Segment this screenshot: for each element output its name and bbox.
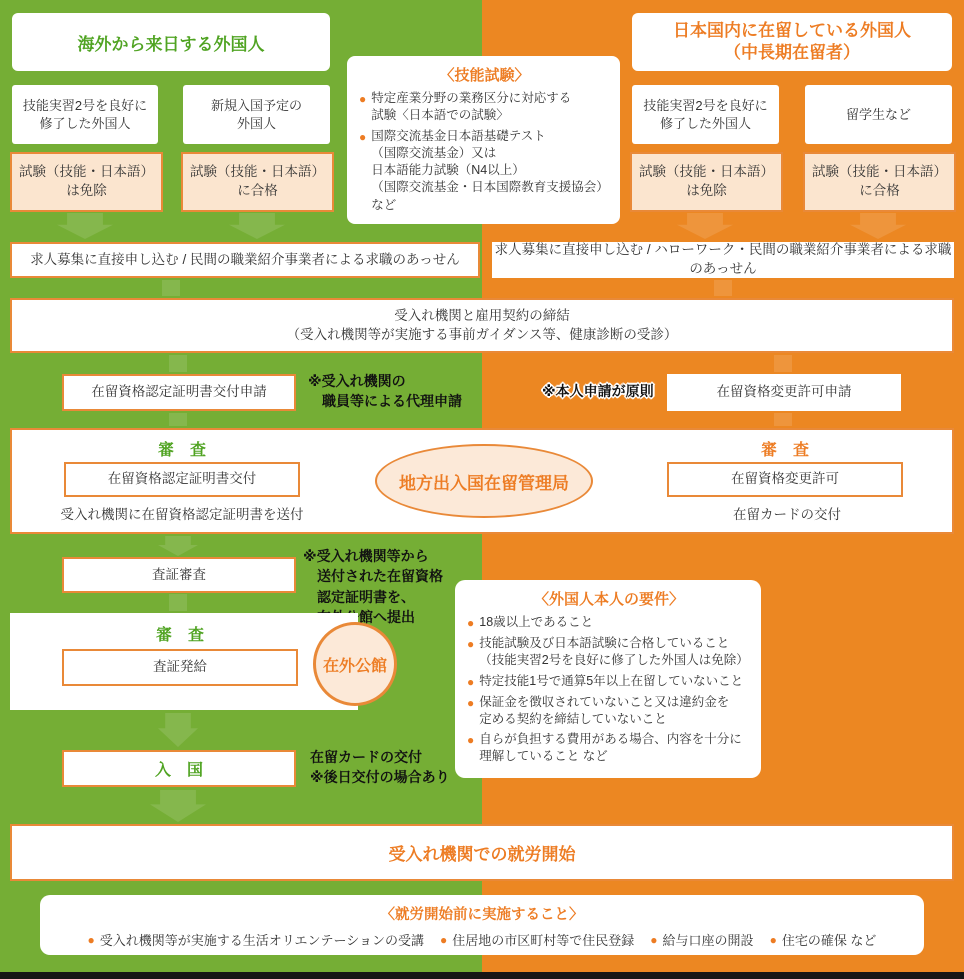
bullet-icon: ●	[440, 931, 447, 949]
pre-work-checklist: 〈就労開始前に実施すること〉 ●受入れ機関等が実施する生活オリエンテーションの受…	[40, 895, 924, 955]
embassy-review-panel: 審 査 査証発給	[10, 613, 358, 710]
bullet-icon: ●	[467, 731, 474, 749]
embassy-circle-label: 在外公館	[323, 653, 387, 676]
overseas-source-new-entrant-label: 新規入国予定の 外国人	[211, 97, 302, 132]
pre-work-item: ●給与口座の開設	[650, 930, 753, 949]
bullet-icon: ●	[467, 694, 474, 712]
self-application-note-label: ※本人申請が原則	[542, 383, 654, 399]
embassy-review-label: 審 査	[62, 622, 298, 645]
embassy-circle: 在外公館	[313, 622, 397, 706]
bullet-icon: ●	[467, 635, 474, 653]
requirement-item: ●18歳以上であること	[467, 614, 751, 632]
pre-work-item-label: 住宅の確保 など	[782, 930, 877, 949]
coe-application: 在留資格認定証明書交付申請	[62, 374, 296, 411]
coe-application-note: ※受入れ機関の 職員等による代理申請	[308, 371, 508, 412]
pre-work-item: ●住宅の確保 など	[770, 930, 877, 949]
skill-exam-title: 〈技能試験〉	[359, 64, 610, 85]
domestic-job-application: 求人募集に直接申し込む / ハローワーク・民間の職業紹介事業者による求職のあっせ…	[492, 242, 954, 278]
coe-issuance: 在留資格認定証明書交付	[64, 462, 300, 497]
requirement-item-label: 保証金を徴収されていないこと又は違約金を 定める契約を締結していないこと	[479, 694, 729, 729]
immigration-office-ellipse: 地方出入国在留管理局	[375, 444, 593, 518]
coe-application-note-label: ※受入れ機関の 職員等による代理申請	[308, 373, 462, 409]
domestic-source-technical-intern: 技能実習2号を良好に 修了した外国人	[632, 85, 779, 144]
overseas-header-label: 海外から来日する外国人	[78, 30, 265, 55]
overseas-source-technical-intern-label: 技能実習2号を良好に 修了した外国人	[23, 97, 147, 132]
overseas-job-application-label: 求人募集に直接申し込む / 民間の職業紹介事業者による求職のあっせん	[30, 251, 460, 270]
specified-skilled-worker-flowchart: 海外から来日する外国人 技能実習2号を良好に 修了した外国人 新規入国予定の 外…	[0, 0, 964, 979]
self-application-note: ※本人申請が原則	[542, 381, 654, 401]
flow-connector	[714, 280, 732, 296]
skill-exam-item: ●国際交流基金日本語基礎テスト （国際交流基金）又は 日本語能力試験（N4以上）…	[359, 128, 610, 214]
flow-connector	[774, 413, 792, 426]
overseas-source-technical-intern: 技能実習2号を良好に 修了した外国人	[12, 85, 158, 144]
overseas-exam-exempt: 試験（技能・日本語） は免除	[10, 152, 163, 212]
flow-connector	[169, 594, 187, 611]
domestic-source-technical-intern-label: 技能実習2号を良好に 修了した外国人	[643, 97, 767, 132]
employment-contract-label: 受入れ機関と雇用契約の締結 （受入れ機関等が実施する事前ガイダンス等、健康診断の…	[287, 307, 678, 345]
pre-work-item: ●受入れ機関等が実施する生活オリエンテーションの受講	[88, 930, 424, 949]
work-start-label: 受入れ機関での就労開始	[389, 840, 576, 865]
domestic-source-student: 留学生など	[805, 85, 952, 144]
immigration-review-panel: 審 査 在留資格認定証明書交付 受入れ機関に在留資格認定証明書を送付 地方出入国…	[10, 428, 954, 534]
flow-connector	[169, 413, 187, 426]
visa-examination: 査証審査	[62, 557, 296, 593]
requirement-item-label: 特定技能1号で通算5年以上在留していないこと	[479, 673, 743, 690]
skill-exam-item: ●特定産業分野の業務区分に対応する 試験〈日本語での試験〉	[359, 90, 610, 125]
domestic-header: 日本国内に在留している外国人 （中長期在留者）	[632, 13, 952, 71]
skill-exam-item-label: 国際交流基金日本語基礎テスト （国際交流基金）又は 日本語能力試験（N4以上） …	[371, 128, 610, 214]
overseas-exam-pass: 試験（技能・日本語） に合格	[181, 152, 334, 212]
domestic-exam-pass-label: 試験（技能・日本語） に合格	[812, 163, 947, 201]
requirement-item: ●特定技能1号で通算5年以上在留していないこと	[467, 673, 751, 691]
bullet-icon: ●	[467, 614, 474, 632]
pre-work-item: ●住居地の市区町村等で住民登録	[440, 930, 634, 949]
pre-work-item-label: 住居地の市区町村等で住民登録	[452, 930, 634, 949]
work-start-box: 受入れ機関での就労開始	[10, 824, 954, 881]
domestic-header-label: 日本国内に在留している外国人 （中長期在留者）	[673, 20, 911, 64]
bullet-icon: ●	[770, 931, 777, 949]
status-change-permit-label: 在留資格変更許可	[731, 470, 839, 489]
overseas-header: 海外から来日する外国人	[12, 13, 330, 71]
flow-connector	[162, 280, 180, 296]
bullet-icon: ●	[359, 90, 366, 108]
overseas-exam-pass-label: 試験（技能・日本語） に合格	[190, 163, 325, 201]
bullet-icon: ●	[467, 673, 474, 691]
overseas-exam-exempt-label: 試験（技能・日本語） は免除	[19, 163, 154, 201]
pre-work-title: 〈就労開始前に実施すること〉	[40, 903, 924, 924]
visa-issuance-label: 査証発給	[153, 658, 207, 677]
bullet-icon: ●	[359, 128, 366, 146]
status-change-application: 在留資格変更許可申請	[667, 374, 901, 411]
requirement-item-label: 技能試験及び日本語試験に合格していること （技能実習2号を良好に修了した外国人は…	[479, 635, 748, 670]
flow-connector	[169, 355, 187, 372]
status-change-permit: 在留資格変更許可	[667, 462, 903, 497]
entry-box-label: 入 国	[155, 757, 203, 780]
status-change-application-label: 在留資格変更許可申請	[717, 383, 852, 402]
coe-issuance-label: 在留資格認定証明書交付	[108, 470, 257, 489]
overseas-source-new-entrant: 新規入国予定の 外国人	[183, 85, 330, 144]
domestic-exam-exempt: 試験（技能・日本語） は免除	[630, 152, 783, 212]
entry-note-label: 在留カードの交付 ※後日交付の場合あり	[310, 749, 450, 785]
requirement-item: ●技能試験及び日本語試験に合格していること （技能実習2号を良好に修了した外国人…	[467, 635, 751, 670]
domestic-exam-exempt-label: 試験（技能・日本語） は免除	[639, 163, 774, 201]
requirement-item-label: 18歳以上であること	[479, 614, 593, 631]
requirement-item: ●自らが負担する費用がある場合、内容を十分に 理解していること など	[467, 731, 751, 766]
immigration-office-label: 地方出入国在留管理局	[399, 469, 569, 494]
visa-issuance: 査証発給	[62, 649, 298, 686]
entry-box: 入 国	[62, 750, 296, 787]
domestic-job-application-label: 求人募集に直接申し込む / ハローワーク・民間の職業紹介事業者による求職のあっせ…	[492, 241, 954, 279]
overseas-review-label: 審 査	[64, 437, 300, 460]
skill-exam-callout: 〈技能試験〉 ●特定産業分野の業務区分に対応する 試験〈日本語での試験〉 ●国際…	[347, 56, 620, 224]
visa-examination-label: 査証審査	[152, 566, 206, 585]
coe-sent-note: 受入れ機関に在留資格認定証明書を送付	[22, 506, 342, 525]
coe-application-label: 在留資格認定証明書交付申請	[91, 383, 267, 402]
domestic-source-student-label: 留学生など	[846, 106, 911, 124]
flow-connector	[774, 355, 792, 372]
bottom-divider	[0, 972, 964, 979]
requirement-item: ●保証金を徴収されていないこと又は違約金を 定める契約を締結していないこと	[467, 694, 751, 729]
domestic-review-label: 審 査	[667, 437, 903, 460]
requirement-item-label: 自らが負担する費用がある場合、内容を十分に 理解していること など	[479, 731, 742, 766]
employment-contract: 受入れ機関と雇用契約の締結 （受入れ機関等が実施する事前ガイダンス等、健康診断の…	[10, 298, 954, 353]
requirements-title: 〈外国人本人の要件〉	[467, 588, 751, 609]
bullet-icon: ●	[650, 931, 657, 949]
overseas-job-application: 求人募集に直接申し込む / 民間の職業紹介事業者による求職のあっせん	[10, 242, 480, 278]
requirements-callout: 〈外国人本人の要件〉 ●18歳以上であること ●技能試験及び日本語試験に合格して…	[455, 580, 761, 778]
pre-work-item-label: 受入れ機関等が実施する生活オリエンテーションの受講	[100, 930, 424, 949]
residence-card-issued-note: 在留カードの交付	[627, 506, 947, 525]
domestic-exam-pass: 試験（技能・日本語） に合格	[803, 152, 956, 212]
bullet-icon: ●	[88, 931, 95, 949]
pre-work-item-label: 給与口座の開設	[663, 930, 754, 949]
skill-exam-item-label: 特定産業分野の業務区分に対応する 試験〈日本語での試験〉	[371, 90, 571, 125]
